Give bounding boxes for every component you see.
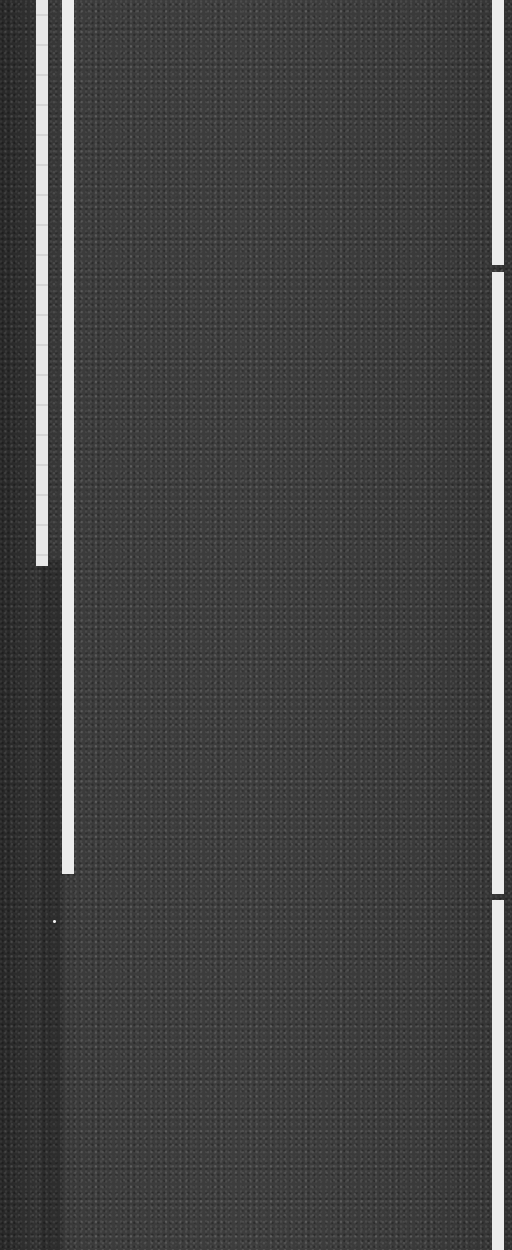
left-edge-line-worn — [36, 0, 48, 566]
tire-track-shadow — [40, 560, 62, 1250]
road-shoulder — [0, 0, 36, 1250]
right-dash-1 — [492, 0, 504, 265]
right-dash-3 — [492, 900, 504, 1250]
asphalt-surface — [0, 0, 512, 1250]
right-dash-2 — [492, 272, 504, 894]
road-stud — [53, 920, 56, 923]
left-lane-line — [62, 0, 74, 874]
